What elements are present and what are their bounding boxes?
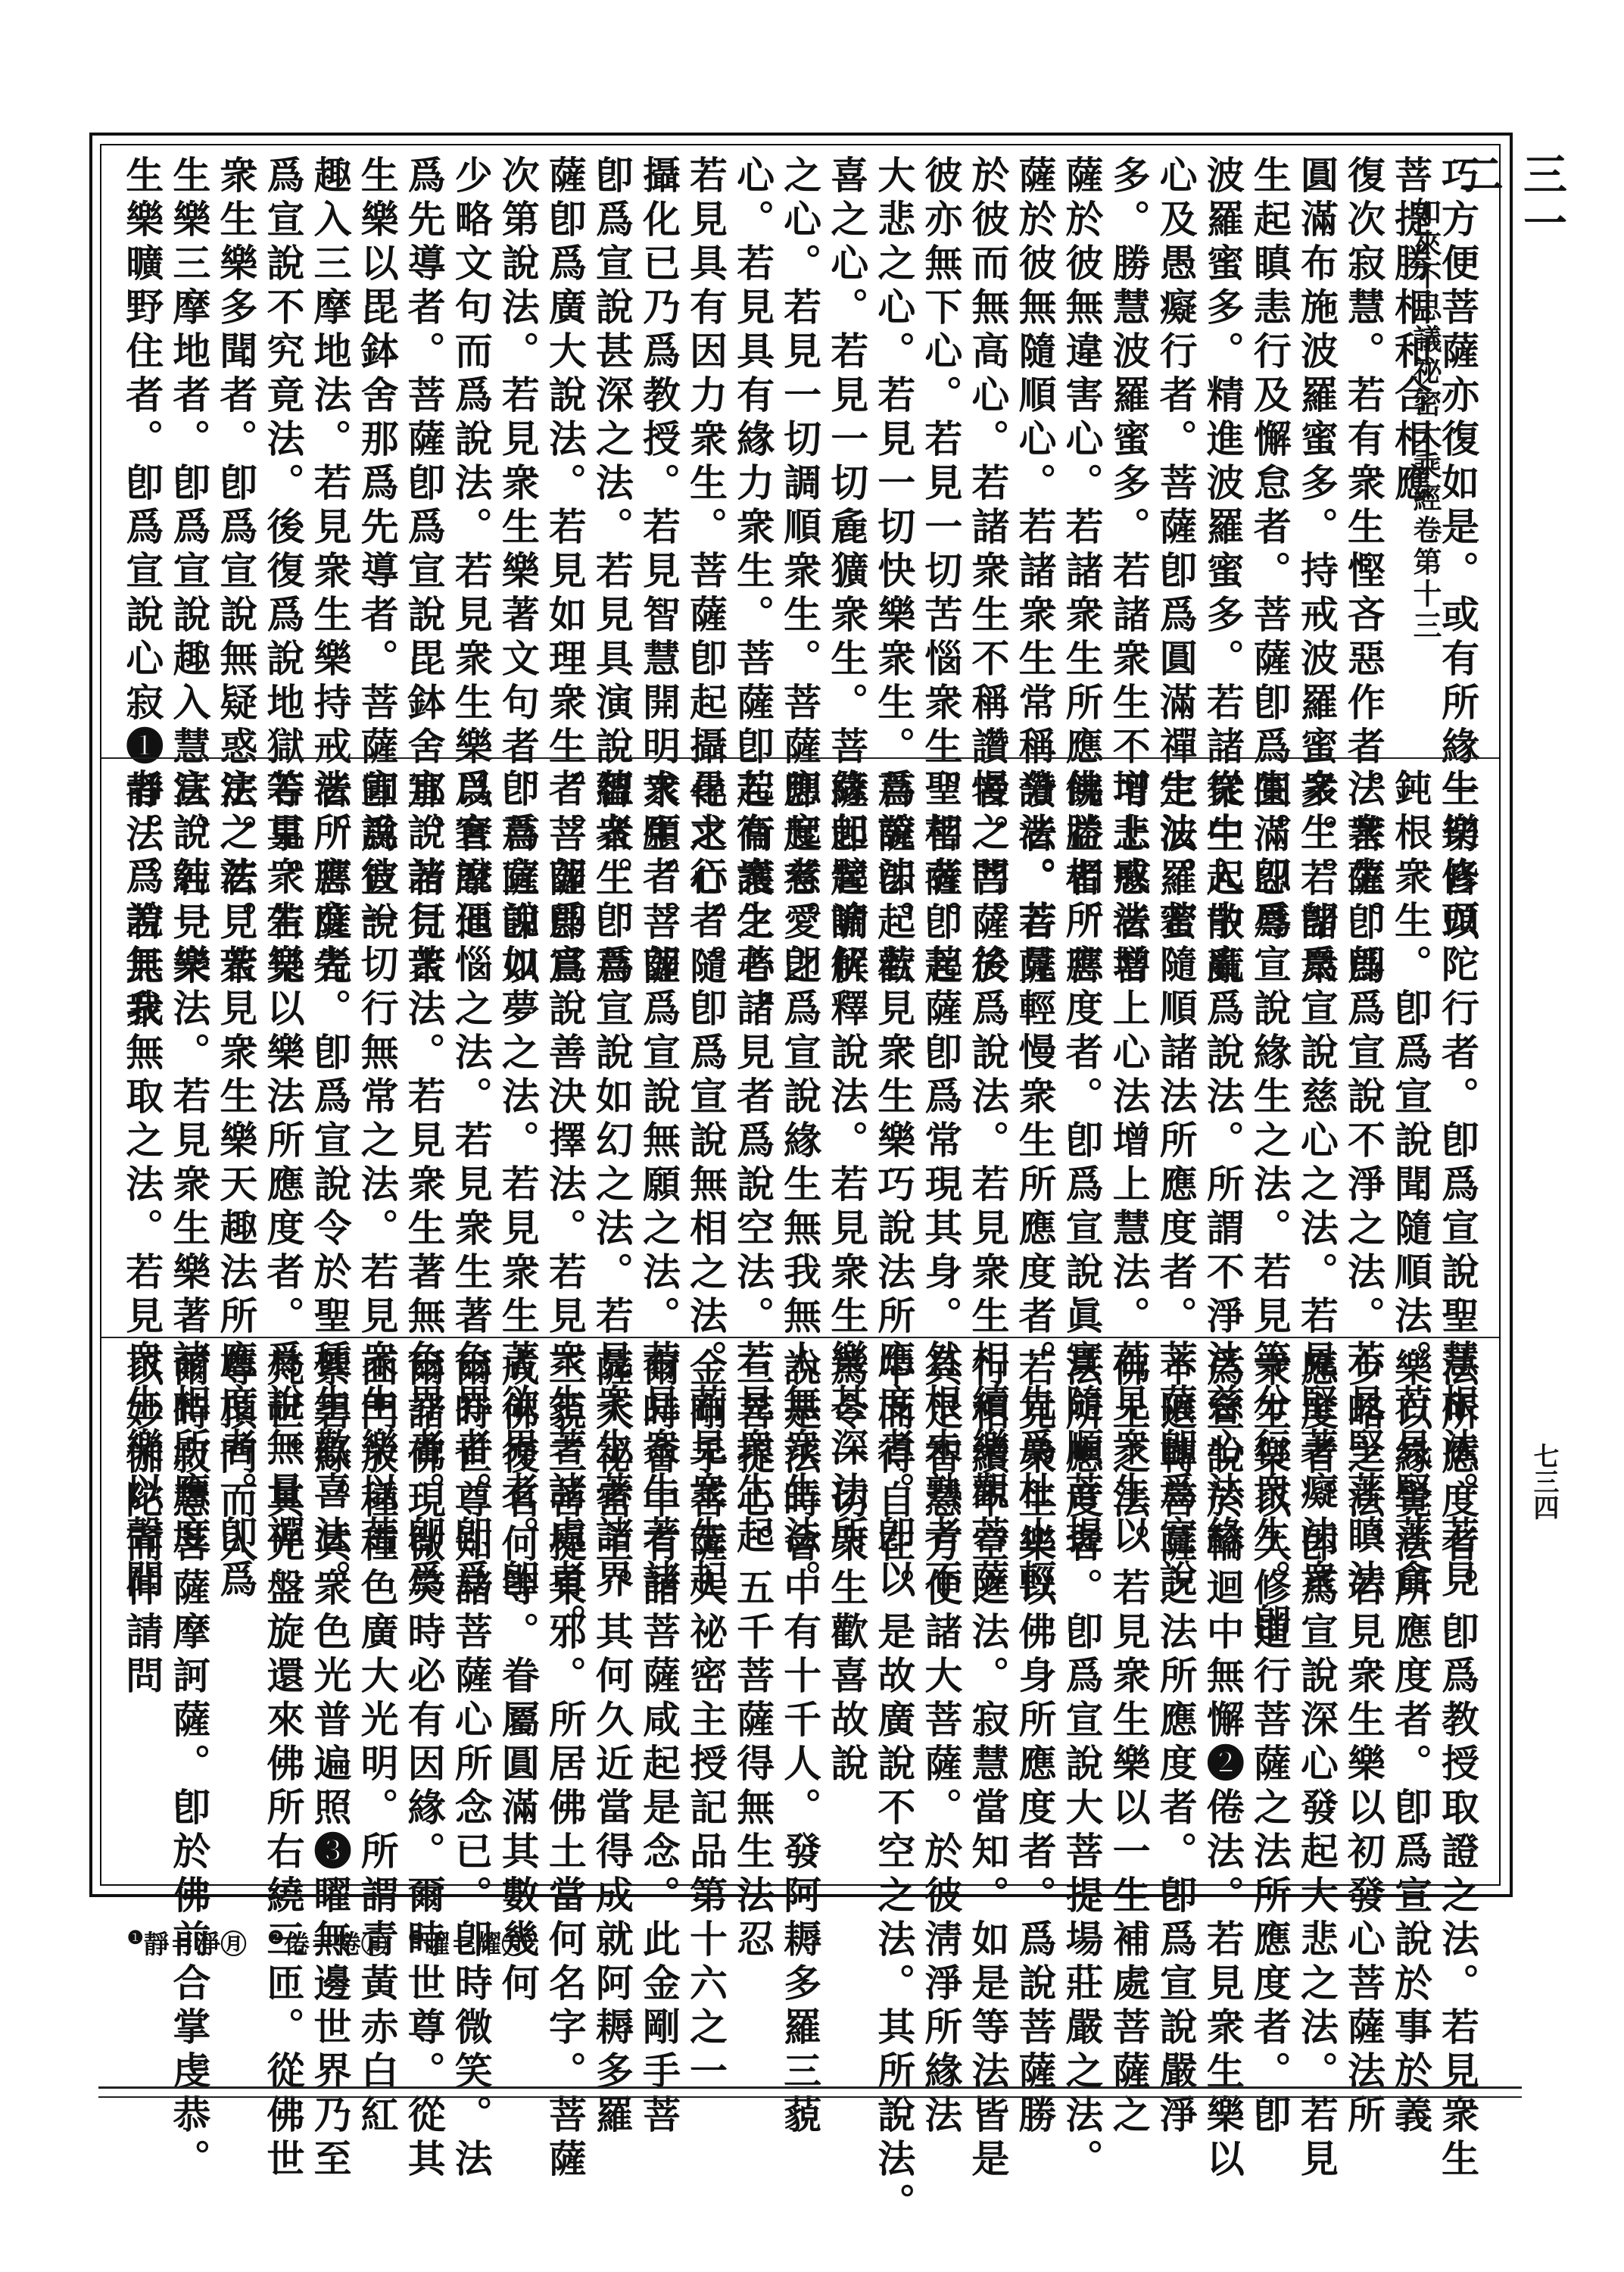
text-column: 生樂三摩地者。卽爲宣說趣入慧法。若見衆 xyxy=(164,155,207,754)
text-column: 慢之門。後爲說法。若見衆生相續樂觀菩薩 xyxy=(962,769,1006,1322)
text-column: 薩於彼無隨順心。若諸衆生常稱讚者。菩薩 xyxy=(1009,155,1053,754)
text-column: 生起瞋恚行及懈怠者。菩薩卽爲圓滿忍辱 xyxy=(1245,155,1289,754)
bottom-rule-1 xyxy=(98,2086,1522,2089)
text-column: 成佛復名何等。眷屬圓滿其數幾何 xyxy=(493,1348,537,1878)
text-column: 生樂曠野住者。卽爲宣說心寂❶靜法。若見衆 xyxy=(117,155,161,754)
text-column: 具足智慧方便諸大菩薩。於彼淸淨所緣法 xyxy=(915,1348,959,1878)
text-column: 分法。若見輕慢衆生所應度者。先爲杜止輕 xyxy=(1009,769,1053,1322)
text-column: 心及愚癡行者。菩薩卽爲圓滿禪定波羅蜜 xyxy=(1151,155,1195,754)
text-column: 卽爲宣說如夢之法。若見衆生著欲界者。卽 xyxy=(493,769,537,1322)
text-column: 法所應度者。卽爲宣說令於聖種生歡喜法。 xyxy=(304,769,348,1322)
text-column: 爲宣說不究竟法。後復爲說地獄等事。若見 xyxy=(257,155,301,754)
text-column: 爲說法。若見衆生樂巧說法所應度者。卽以 xyxy=(868,769,912,1322)
text-column: 紫碧綠。其衆色光普遍照❸曜無邊世界乃至 xyxy=(304,1348,348,1878)
text-column: 之心。若見一切調順衆生。菩薩卽起慈愛之 xyxy=(775,155,818,754)
text-column: 薩卽爲廣大說法。若見如理衆生。菩薩卽爲 xyxy=(540,155,584,754)
text-column: 應度者。卽爲宣說深心發起大悲之法。若見 xyxy=(1292,1348,1336,1878)
text-column: 中而得自在。是故廣說不空之法。其所說法。 xyxy=(868,1348,912,1878)
text-column: 卽爲宣說甚深之法。若見具演說智衆生。菩 xyxy=(587,155,631,754)
register-divider-2 xyxy=(101,1337,1499,1338)
register-divider-1 xyxy=(101,757,1499,759)
text-column: 尊頂門而入 xyxy=(210,1348,254,1878)
text-column: 三菩提心。五千菩薩得無生法忍 xyxy=(728,1348,771,1878)
text-column: 從中入中廣爲說法。所謂不淨法慈心法緣 xyxy=(1198,769,1242,1322)
text-column: 法衆生。卽爲宣說不淨之法。若見堅著瞋法 xyxy=(1339,769,1382,1322)
text-column: 宣說彼一切行無常之法。若見衆生樂以苦 xyxy=(352,769,396,1322)
text-column: 金剛手菩薩大祕密主授記品第十六之一 xyxy=(681,1348,725,1878)
text-column: 三藐三菩提果邪。所居佛土當何名字。菩薩 xyxy=(540,1348,584,1878)
text-column: 生。卽爲宣說緣生之法。若見等分行衆生。卽 xyxy=(1245,769,1289,1322)
footnotes: ❶靜＝淨㊊ ❷倦＝惓㊊ ❸曜＝耀㊊ xyxy=(127,1924,528,1961)
text-column: 爾時寂慧菩薩摩訶薩。卽於佛前合掌虔恭。 xyxy=(164,1348,207,1878)
text-column: 行相續不空之法。寂慧當知。如是等法皆是 xyxy=(962,1348,1006,1878)
text-column: 若有衆生著諸見者爲說空法。若見衆生起 xyxy=(728,769,771,1322)
text-column: 薩於彼無違害心。若諸衆生所應饒益者。菩 xyxy=(1056,155,1100,754)
text-column: 菩提勝相和合相應 xyxy=(1386,155,1429,754)
text-column: 少略之法。若見衆生樂以初發心菩薩法所 xyxy=(1339,1348,1382,1878)
text-column: 次第說法。若見衆生樂著文句者。菩薩卽以 xyxy=(493,155,537,754)
text-column: 生樂修頭陀行者。卽爲宣說聖慧根法。若見 xyxy=(1432,769,1476,1322)
text-column: 增上戒法增上心法增上慧法。若見衆生以 xyxy=(1104,769,1148,1322)
text-column: 佛勝相所應度者。卽爲宣說眞實隨順菩提 xyxy=(1056,769,1100,1322)
text-column: 面門放種種色廣大光明。所謂青黃赤白紅 xyxy=(352,1348,396,1878)
text-column: 波羅蜜多。精進波羅蜜多。若諸衆生起散亂 xyxy=(1198,155,1242,754)
text-column: 以妙伽陀而伸請問 xyxy=(117,1348,161,1878)
register-middle: 生樂修頭陀行者。卽爲宣說聖慧根法。若見鈍根衆生。卽爲宣說聞隨順法。若見堅著貪法衆… xyxy=(114,769,1476,1322)
text-column: 爾時會中有諸菩薩咸起是念。此金剛手菩 xyxy=(634,1348,678,1878)
text-column: 心。若見具有緣力衆生。菩薩卽起衞護之心。 xyxy=(728,155,771,754)
text-column: 法所應度者。卽爲教授取證之法。若見衆生 xyxy=(1432,1348,1476,1878)
text-column: 若見衆生樂以佛身所應度者。爲說菩薩勝 xyxy=(1009,1348,1053,1878)
text-column: 衆生樂多聞者。卽爲宣說無疑惑法。若見衆 xyxy=(210,155,254,754)
text-column: 爲先導者。菩薩卽爲宣說毘鉢舍那。若見衆 xyxy=(399,155,443,754)
text-column: 梵世。其光盤旋還來佛所右繞三匝。從佛世 xyxy=(257,1348,301,1878)
text-column: 爲宣說於輪迴中無懈❷倦法。若見衆生樂以 xyxy=(1198,1348,1242,1878)
text-column: 趣入三摩地法。若見衆生樂持戒者。菩薩先 xyxy=(304,155,348,754)
page-number: 七三四 xyxy=(1526,1443,1563,1520)
text-column: 生樂以毘鉢舍那爲先導者。菩薩卽爲宣說 xyxy=(352,155,396,754)
text-column: 少略文句而爲說法。若見衆生樂以奢摩他 xyxy=(446,155,490,754)
text-column: 於彼而無高心。若諸衆生不稱讚者。菩薩於 xyxy=(962,155,1006,754)
text-column: 薩大祕密主。其何久近當得成就阿耨多羅 xyxy=(587,1348,631,1878)
text-column: 者。卽爲宣說善決擇法。若見衆生著諸處者。 xyxy=(540,769,584,1322)
footnote-1: ❶靜＝淨㊊ xyxy=(127,1924,247,1961)
text-column: 大悲之心。若見一切快樂衆生。菩薩卽起歡 xyxy=(868,155,912,754)
text-column: 鈍根衆生。卽爲宣說聞隨順法。若見堅著貪 xyxy=(1386,769,1429,1322)
text-column: 攝化已乃爲教授。若見智慧開明衆生。菩薩 xyxy=(634,155,678,754)
text-column: 生法。若隨順諸法所應度者。菩薩卽爲宣說 xyxy=(1151,769,1195,1322)
footnote-2: ❷倦＝惓㊊ xyxy=(268,1924,388,1961)
text-column: 爲令一切衆生歡喜故說 xyxy=(821,1348,865,1878)
text-column: 多。勝慧波羅蜜多。若諸衆生不可悲愍者菩 xyxy=(1104,155,1148,754)
text-column: 佛土之法。若見衆生樂以一生補處菩薩之 xyxy=(1104,1348,1148,1878)
text-column: 法所應度者。卽爲宣說大菩提場莊嚴之法。 xyxy=(1056,1348,1100,1878)
text-column: 衆生樂以久修道行菩薩之法所應度者。卽 xyxy=(1245,1348,1289,1878)
text-column: 宣說純一樂法。若見衆生樂著諸相所應度 xyxy=(164,769,207,1322)
text-column: 若見具有因力衆生。菩薩卽起攝化之心。隨 xyxy=(681,155,725,754)
text-column: 應度者。卽爲宣說緣生無我無人無衆生法。 xyxy=(775,769,818,1322)
text-column: 宣說諸行苦法。若見衆生著無色界者。卽爲 xyxy=(399,769,443,1322)
text-column: 說是法時會中有十千人。發阿耨多羅三藐 xyxy=(775,1348,818,1878)
text-column: 者。爲說無我無取之法。若見衆生樂以聲聞 xyxy=(117,769,161,1322)
text-column: 衆生。卽爲宣說慈心之法。若見堅著癡法衆 xyxy=(1292,769,1336,1322)
text-column: 蘊者。卽爲宣說如幻之法。若見衆生著諸界 xyxy=(587,769,631,1322)
text-column: 喜之心。若見一切麁獷衆生。菩薩卽起調伏 xyxy=(821,155,865,754)
text-column: 求願者。卽爲宣說無願之法。若見衆生著諸 xyxy=(634,769,678,1322)
bottom-rule-2 xyxy=(98,2096,1522,2098)
text-column: 定之法。若見衆生樂天趣法所應度者。卽爲 xyxy=(210,769,254,1322)
text-column: 聖相者。菩薩卽爲常現其身。然根未熟者不 xyxy=(915,769,959,1322)
text-column: 樂以緣覺法所應度者。卽爲宣說於事於義 xyxy=(1386,1348,1429,1878)
text-column: 尋求行者。卽爲宣說無相之法。若見衆生起 xyxy=(681,769,725,1322)
footnote-3: ❸曜＝耀㊊ xyxy=(408,1924,528,1961)
text-column: 復次寂慧。若有衆生慳吝惡作者。菩薩卽爲 xyxy=(1339,155,1382,754)
register-top: 巧方便菩薩亦復如是。或有所緣一切皆以菩提勝相和合相應復次寂慧。若有衆生慳吝惡作者… xyxy=(114,155,1476,754)
text-column: 爾諸佛現微笑時必有因緣。爾時世尊。從其 xyxy=(399,1348,443,1878)
running-header: 三一二 如來不思議祕密大乘經卷第十三 xyxy=(1520,151,1573,642)
text-column: 圓滿布施波羅蜜多。持戒波羅蜜多。若諸衆 xyxy=(1292,155,1336,754)
text-column: 爾時世尊知諸菩薩心所念已。卽時微笑。法 xyxy=(446,1348,490,1878)
register-bottom: 法所應度者。卽爲教授取證之法。若見衆生樂以緣覺法所應度者。卽爲宣說於事於義少略之… xyxy=(114,1348,1476,1878)
text-column: 巧方便菩薩亦復如是。或有所緣一切皆以 xyxy=(1432,155,1476,754)
text-column: 若見衆生樂以樂法所應度者。爲說無量禪 xyxy=(257,769,301,1322)
text-column: 不退轉菩薩之法所應度者。卽爲宣說嚴淨 xyxy=(1151,1348,1195,1878)
text-column: 爲宣說逼惱之法。若見衆生著色界者。卽爲 xyxy=(446,769,490,1322)
text-column: 緣起譬喻解釋說法。若見衆生樂甚深法所 xyxy=(821,769,865,1322)
text-column: 彼亦無下心。若見一切苦惱衆生。菩薩卽起 xyxy=(915,155,959,754)
